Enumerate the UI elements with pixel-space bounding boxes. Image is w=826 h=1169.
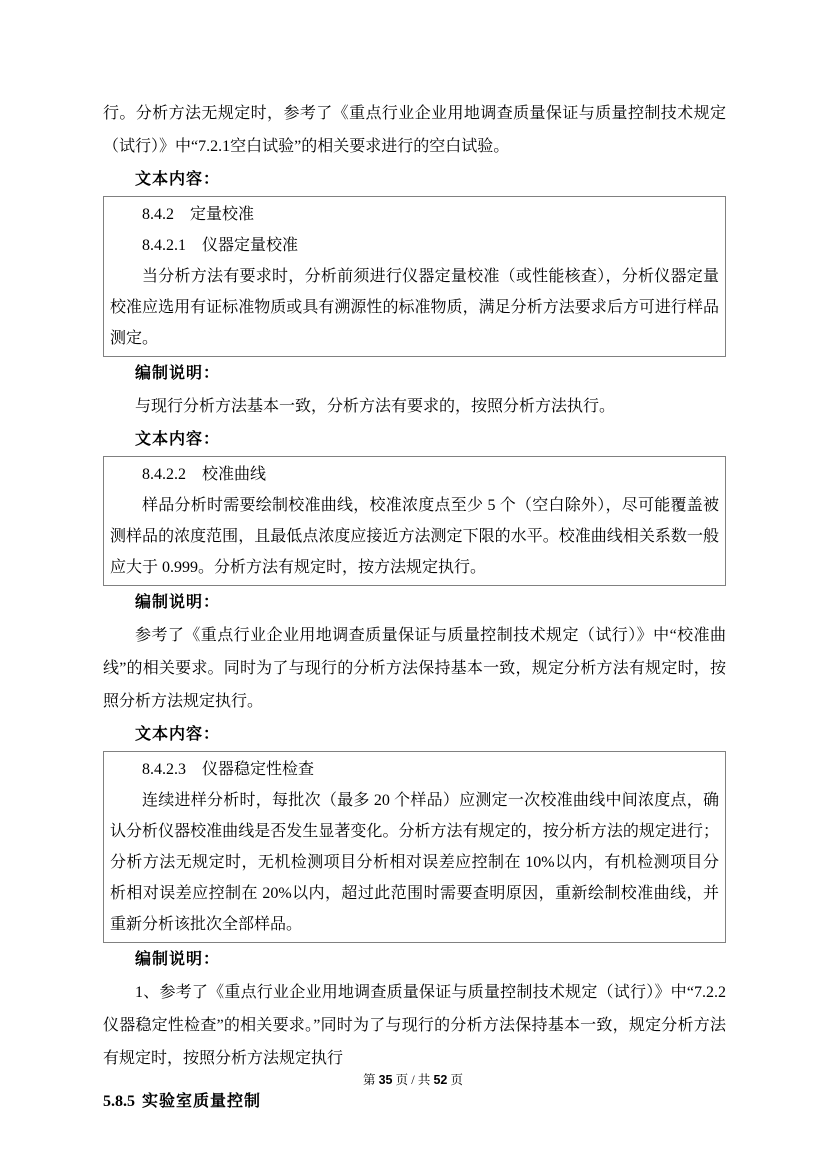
footer-separator: 页 / 共: [393, 1073, 434, 1087]
note-label: 编制说明：: [103, 586, 726, 619]
quoted-text-box-2: 8.4.2.2 校准曲线 样品分析时需要绘制校准曲线，校准浓度点至少 5 个（空…: [103, 456, 726, 586]
box-heading: 8.4.2.2 校准曲线: [110, 459, 719, 490]
footer-suffix: 页: [447, 1073, 463, 1087]
text-content-label: 文本内容：: [103, 163, 726, 196]
page-number: 35: [379, 1073, 393, 1087]
note-paragraph: 1、参考了《重点行业企业用地调查质量保证与质量控制技术规定（试行）》中“7.2.…: [103, 976, 726, 1075]
box-paragraph: 连续进样分析时，每批次（最多 20 个样品）应测定一次校准曲线中间浓度点，确认分…: [110, 785, 719, 940]
text-content-label: 文本内容：: [103, 718, 726, 751]
note-paragraph: 与现行分析方法基本一致，分析方法有要求的，按照分析方法执行。: [103, 390, 726, 423]
footer-prefix: 第: [363, 1073, 379, 1087]
box-heading: 8.4.2.1 仪器定量校准: [110, 230, 719, 261]
box-heading: 8.4.2.3 仪器稳定性检查: [110, 754, 719, 785]
total-pages: 52: [433, 1073, 447, 1087]
page-footer: 第 35 页 / 共 52 页: [0, 1072, 826, 1089]
document-page: 行。分析方法无规定时，参考了《重点行业企业用地调查质量保证与质量控制技术规定（试…: [0, 0, 826, 1169]
intro-paragraph: 行。分析方法无规定时，参考了《重点行业企业用地调查质量保证与质量控制技术规定（试…: [103, 97, 726, 163]
document-content: 行。分析方法无规定时，参考了《重点行业企业用地调查质量保证与质量控制技术规定（试…: [103, 97, 726, 1118]
box-heading: 8.4.2 定量校准: [110, 199, 719, 230]
text-content-label: 文本内容：: [103, 423, 726, 456]
note-paragraph: 参考了《重点行业企业用地调查质量保证与质量控制技术规定（试行）》中“校准曲线”的…: [103, 619, 726, 718]
quoted-text-box-3: 8.4.2.3 仪器稳定性检查 连续进样分析时，每批次（最多 20 个样品）应测…: [103, 751, 726, 943]
note-label: 编制说明：: [103, 943, 726, 976]
section-heading: 5.8.5实验室质量控制: [103, 1085, 726, 1118]
section-heading-title: 实验室质量控制: [142, 1093, 261, 1110]
box-paragraph: 当分析方法有要求时，分析前须进行仪器定量校准（或性能核查），分析仪器定量校准应选…: [110, 261, 719, 354]
box-paragraph: 样品分析时需要绘制校准曲线，校准浓度点至少 5 个（空白除外），尽可能覆盖被测样…: [110, 490, 719, 583]
note-label: 编制说明：: [103, 357, 726, 390]
section-heading-number: 5.8.5: [103, 1093, 135, 1110]
quoted-text-box-1: 8.4.2 定量校准 8.4.2.1 仪器定量校准 当分析方法有要求时，分析前须…: [103, 196, 726, 357]
